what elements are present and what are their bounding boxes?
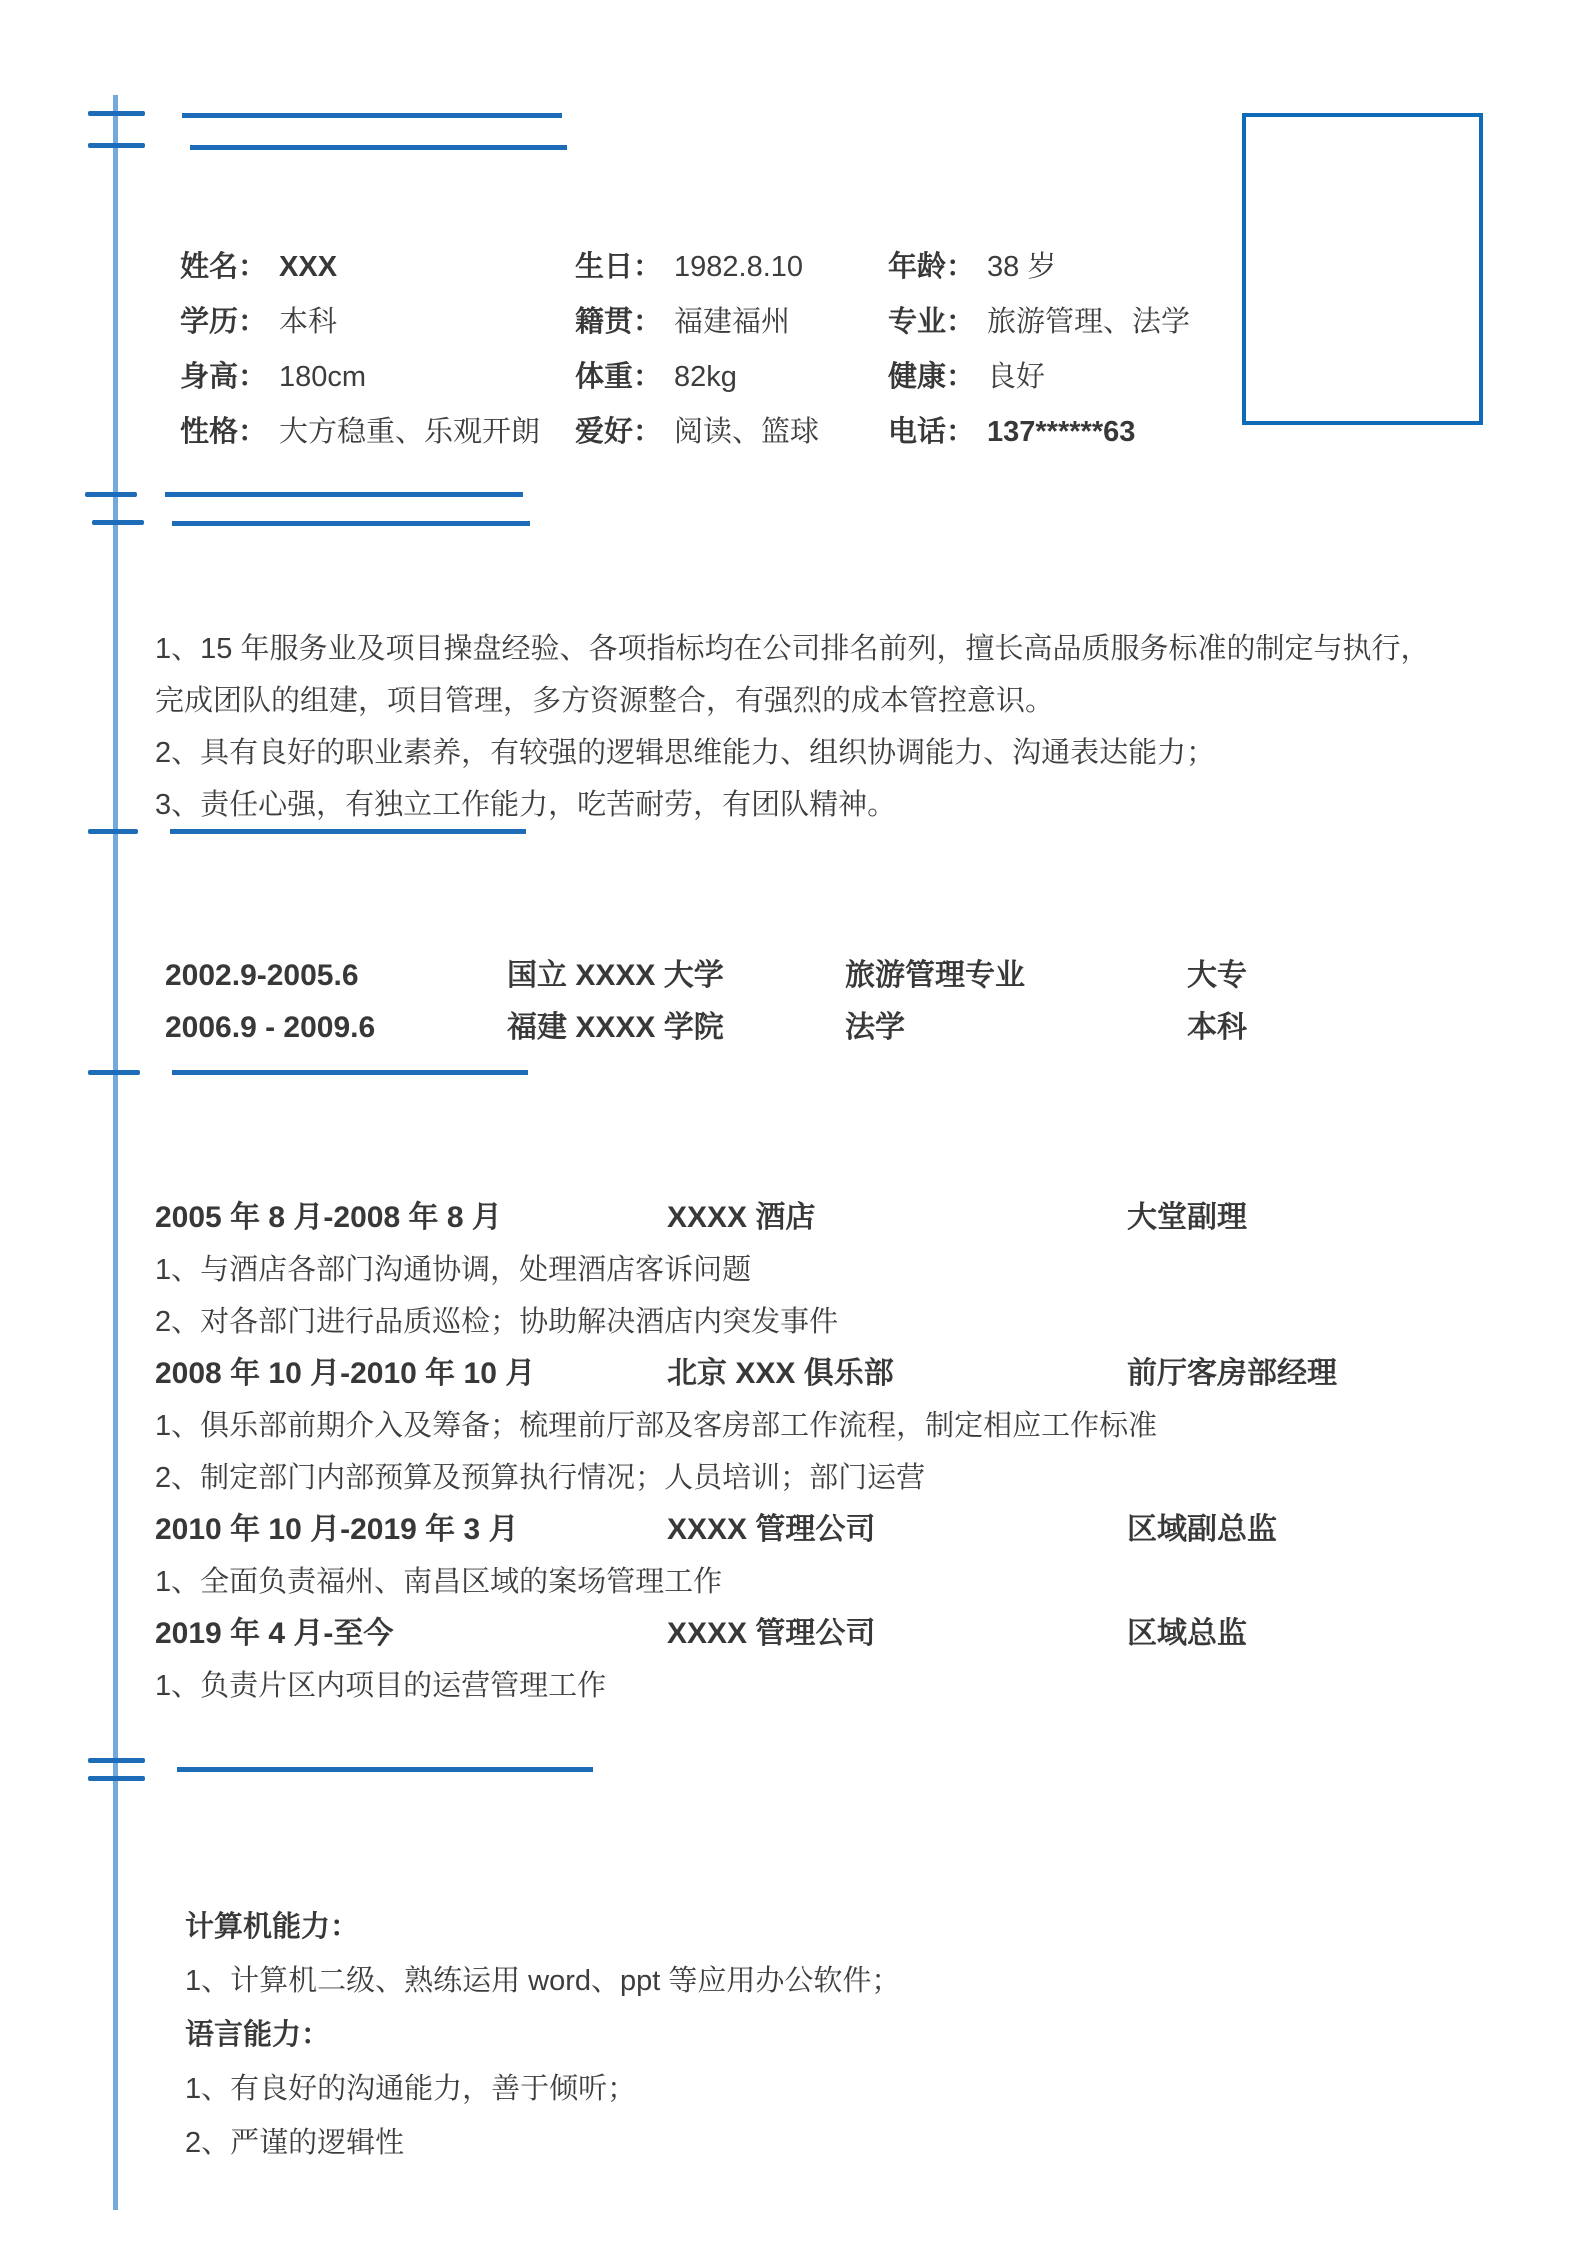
skill-item: 1、有良好的沟通能力，善于倾听； bbox=[185, 2062, 900, 2116]
info-value: 福建福州 bbox=[674, 306, 790, 338]
work-period: 2019 年 4 月-至今 bbox=[155, 1608, 667, 1660]
self-evaluation-section: 1、15 年服务业及项目操盘经验、各项指标均在公司排名前列，擅长高品质服务标准的… bbox=[155, 623, 1429, 831]
info-value: 大方稳重、乐观开朗 bbox=[279, 416, 540, 448]
education-section: 2002.9-2005.6 国立 XXXX 大学 旅游管理专业 大专 2006.… bbox=[165, 950, 1247, 1054]
work-bullet: 1、负责片区内项目的运营管理工作 bbox=[155, 1660, 1337, 1712]
info-label: 学历： bbox=[180, 306, 267, 338]
info-cell: 姓名：XXX bbox=[180, 240, 575, 295]
work-title: 前厅客房部经理 bbox=[1127, 1348, 1337, 1400]
education-degree: 大专 bbox=[1187, 950, 1247, 1002]
divider-tick bbox=[88, 1758, 145, 1763]
info-label: 年龄： bbox=[888, 251, 975, 283]
work-bullet: 1、俱乐部前期介入及筹备；梳理前厅部及客房部工作流程，制定相应工作标准 bbox=[155, 1400, 1337, 1452]
info-value: 旅游管理、法学 bbox=[987, 306, 1190, 338]
work-bullet: 1、全面负责福州、南昌区域的案场管理工作 bbox=[155, 1556, 1337, 1608]
info-cell: 专业：旅游管理、法学 bbox=[888, 295, 1190, 350]
self-evaluation-line: 完成团队的组建，项目管理，多方资源整合，有强烈的成本管控意识。 bbox=[155, 675, 1429, 727]
education-major: 旅游管理专业 bbox=[845, 950, 1187, 1002]
info-value: 良好 bbox=[987, 361, 1045, 393]
info-label: 专业： bbox=[888, 306, 975, 338]
info-label: 籍贯： bbox=[575, 306, 662, 338]
work-company: 北京 XXX 俱乐部 bbox=[667, 1348, 1127, 1400]
divider-tick bbox=[88, 143, 145, 148]
self-evaluation-line: 2、具有良好的职业素养，有较强的逻辑思维能力、组织协调能力、沟通表达能力； bbox=[155, 727, 1429, 779]
work-experience-section: 2005 年 8 月-2008 年 8 月 XXXX 酒店 大堂副理 1、与酒店… bbox=[155, 1192, 1337, 1712]
info-label: 电话： bbox=[888, 416, 975, 448]
skill-item: 1、计算机二级、熟练运用 word、ppt 等应用办公软件； bbox=[185, 1954, 900, 2008]
info-value: XXX bbox=[279, 251, 337, 283]
divider-line bbox=[170, 829, 526, 834]
divider-tick bbox=[85, 492, 137, 497]
education-major: 法学 bbox=[845, 1002, 1187, 1054]
work-entry-heading: 2019 年 4 月-至今 XXXX 管理公司 区域总监 bbox=[155, 1608, 1337, 1660]
info-value: 本科 bbox=[279, 306, 337, 338]
info-cell: 生日：1982.8.10 bbox=[575, 240, 888, 295]
info-value: 1982.8.10 bbox=[674, 251, 803, 283]
divider-line bbox=[182, 113, 562, 118]
divider-tick bbox=[88, 1070, 140, 1075]
work-bullet: 1、与酒店各部门沟通协调，处理酒店客诉问题 bbox=[155, 1244, 1337, 1296]
info-value: 阅读、篮球 bbox=[674, 416, 819, 448]
self-evaluation-line: 1、15 年服务业及项目操盘经验、各项指标均在公司排名前列，擅长高品质服务标准的… bbox=[155, 623, 1429, 675]
divider-line bbox=[165, 492, 523, 497]
skills-section: 计算机能力： 1、计算机二级、熟练运用 word、ppt 等应用办公软件； 语言… bbox=[185, 1900, 900, 2170]
info-label: 健康： bbox=[888, 361, 975, 393]
info-cell: 年龄：38 岁 bbox=[888, 240, 1190, 295]
info-cell: 体重：82kg bbox=[575, 350, 888, 405]
education-period: 2002.9-2005.6 bbox=[165, 950, 507, 1002]
info-label: 体重： bbox=[575, 361, 662, 393]
accent-vertical-line bbox=[113, 95, 118, 2210]
divider-line bbox=[190, 145, 567, 150]
work-title: 区域总监 bbox=[1127, 1608, 1337, 1660]
divider-tick bbox=[88, 1776, 145, 1781]
skill-group-heading: 计算机能力： bbox=[185, 1900, 900, 1954]
divider-line bbox=[177, 1767, 593, 1772]
info-label: 姓名： bbox=[180, 251, 267, 283]
info-cell: 爱好：阅读、篮球 bbox=[575, 405, 888, 460]
education-period: 2006.9 - 2009.6 bbox=[165, 1002, 507, 1054]
work-bullet: 2、对各部门进行品质巡检；协助解决酒店内突发事件 bbox=[155, 1296, 1337, 1348]
work-period: 2010 年 10 月-2019 年 3 月 bbox=[155, 1504, 667, 1556]
info-value: 137******63 bbox=[987, 416, 1135, 448]
skill-item: 2、严谨的逻辑性 bbox=[185, 2116, 900, 2170]
info-value: 82kg bbox=[674, 361, 737, 393]
info-cell: 电话：137******63 bbox=[888, 405, 1190, 460]
work-entry-heading: 2010 年 10 月-2019 年 3 月 XXXX 管理公司 区域副总监 bbox=[155, 1504, 1337, 1556]
work-title: 大堂副理 bbox=[1127, 1192, 1337, 1244]
info-label: 性格： bbox=[180, 416, 267, 448]
info-value: 180cm bbox=[279, 361, 366, 393]
work-title: 区域副总监 bbox=[1127, 1504, 1337, 1556]
education-degree: 本科 bbox=[1187, 1002, 1247, 1054]
work-period: 2008 年 10 月-2010 年 10 月 bbox=[155, 1348, 667, 1400]
info-label: 身高： bbox=[180, 361, 267, 393]
info-cell: 身高：180cm bbox=[180, 350, 575, 405]
divider-line bbox=[172, 1070, 528, 1075]
divider-tick bbox=[92, 520, 144, 525]
photo-placeholder bbox=[1242, 113, 1483, 425]
education-row: 2002.9-2005.6 国立 XXXX 大学 旅游管理专业 大专 bbox=[165, 950, 1247, 1002]
education-school: 国立 XXXX 大学 bbox=[507, 950, 845, 1002]
info-cell: 籍贯：福建福州 bbox=[575, 295, 888, 350]
self-evaluation-line: 3、责任心强，有独立工作能力，吃苦耐劳，有团队精神。 bbox=[155, 779, 1429, 831]
personal-info-section: 姓名：XXX 生日：1982.8.10 年龄：38 岁 学历：本科 籍贯：福建福… bbox=[180, 240, 1190, 460]
info-cell: 性格：大方稳重、乐观开朗 bbox=[180, 405, 575, 460]
education-row: 2006.9 - 2009.6 福建 XXXX 学院 法学 本科 bbox=[165, 1002, 1247, 1054]
divider-line bbox=[172, 521, 530, 526]
work-company: XXXX 管理公司 bbox=[667, 1504, 1127, 1556]
work-company: XXXX 酒店 bbox=[667, 1192, 1127, 1244]
work-period: 2005 年 8 月-2008 年 8 月 bbox=[155, 1192, 667, 1244]
info-cell: 健康：良好 bbox=[888, 350, 1190, 405]
info-label: 爱好： bbox=[575, 416, 662, 448]
work-bullet: 2、制定部门内部预算及预算执行情况；人员培训；部门运营 bbox=[155, 1452, 1337, 1504]
work-entry-heading: 2008 年 10 月-2010 年 10 月 北京 XXX 俱乐部 前厅客房部… bbox=[155, 1348, 1337, 1400]
skill-group-heading: 语言能力： bbox=[185, 2008, 900, 2062]
divider-tick bbox=[88, 829, 138, 834]
info-label: 生日： bbox=[575, 251, 662, 283]
info-value: 38 岁 bbox=[987, 251, 1056, 283]
work-entry-heading: 2005 年 8 月-2008 年 8 月 XXXX 酒店 大堂副理 bbox=[155, 1192, 1337, 1244]
resume-page: 姓名：XXX 生日：1982.8.10 年龄：38 岁 学历：本科 籍贯：福建福… bbox=[0, 0, 1587, 2245]
divider-tick bbox=[88, 111, 145, 116]
info-cell: 学历：本科 bbox=[180, 295, 575, 350]
education-school: 福建 XXXX 学院 bbox=[507, 1002, 845, 1054]
work-company: XXXX 管理公司 bbox=[667, 1608, 1127, 1660]
